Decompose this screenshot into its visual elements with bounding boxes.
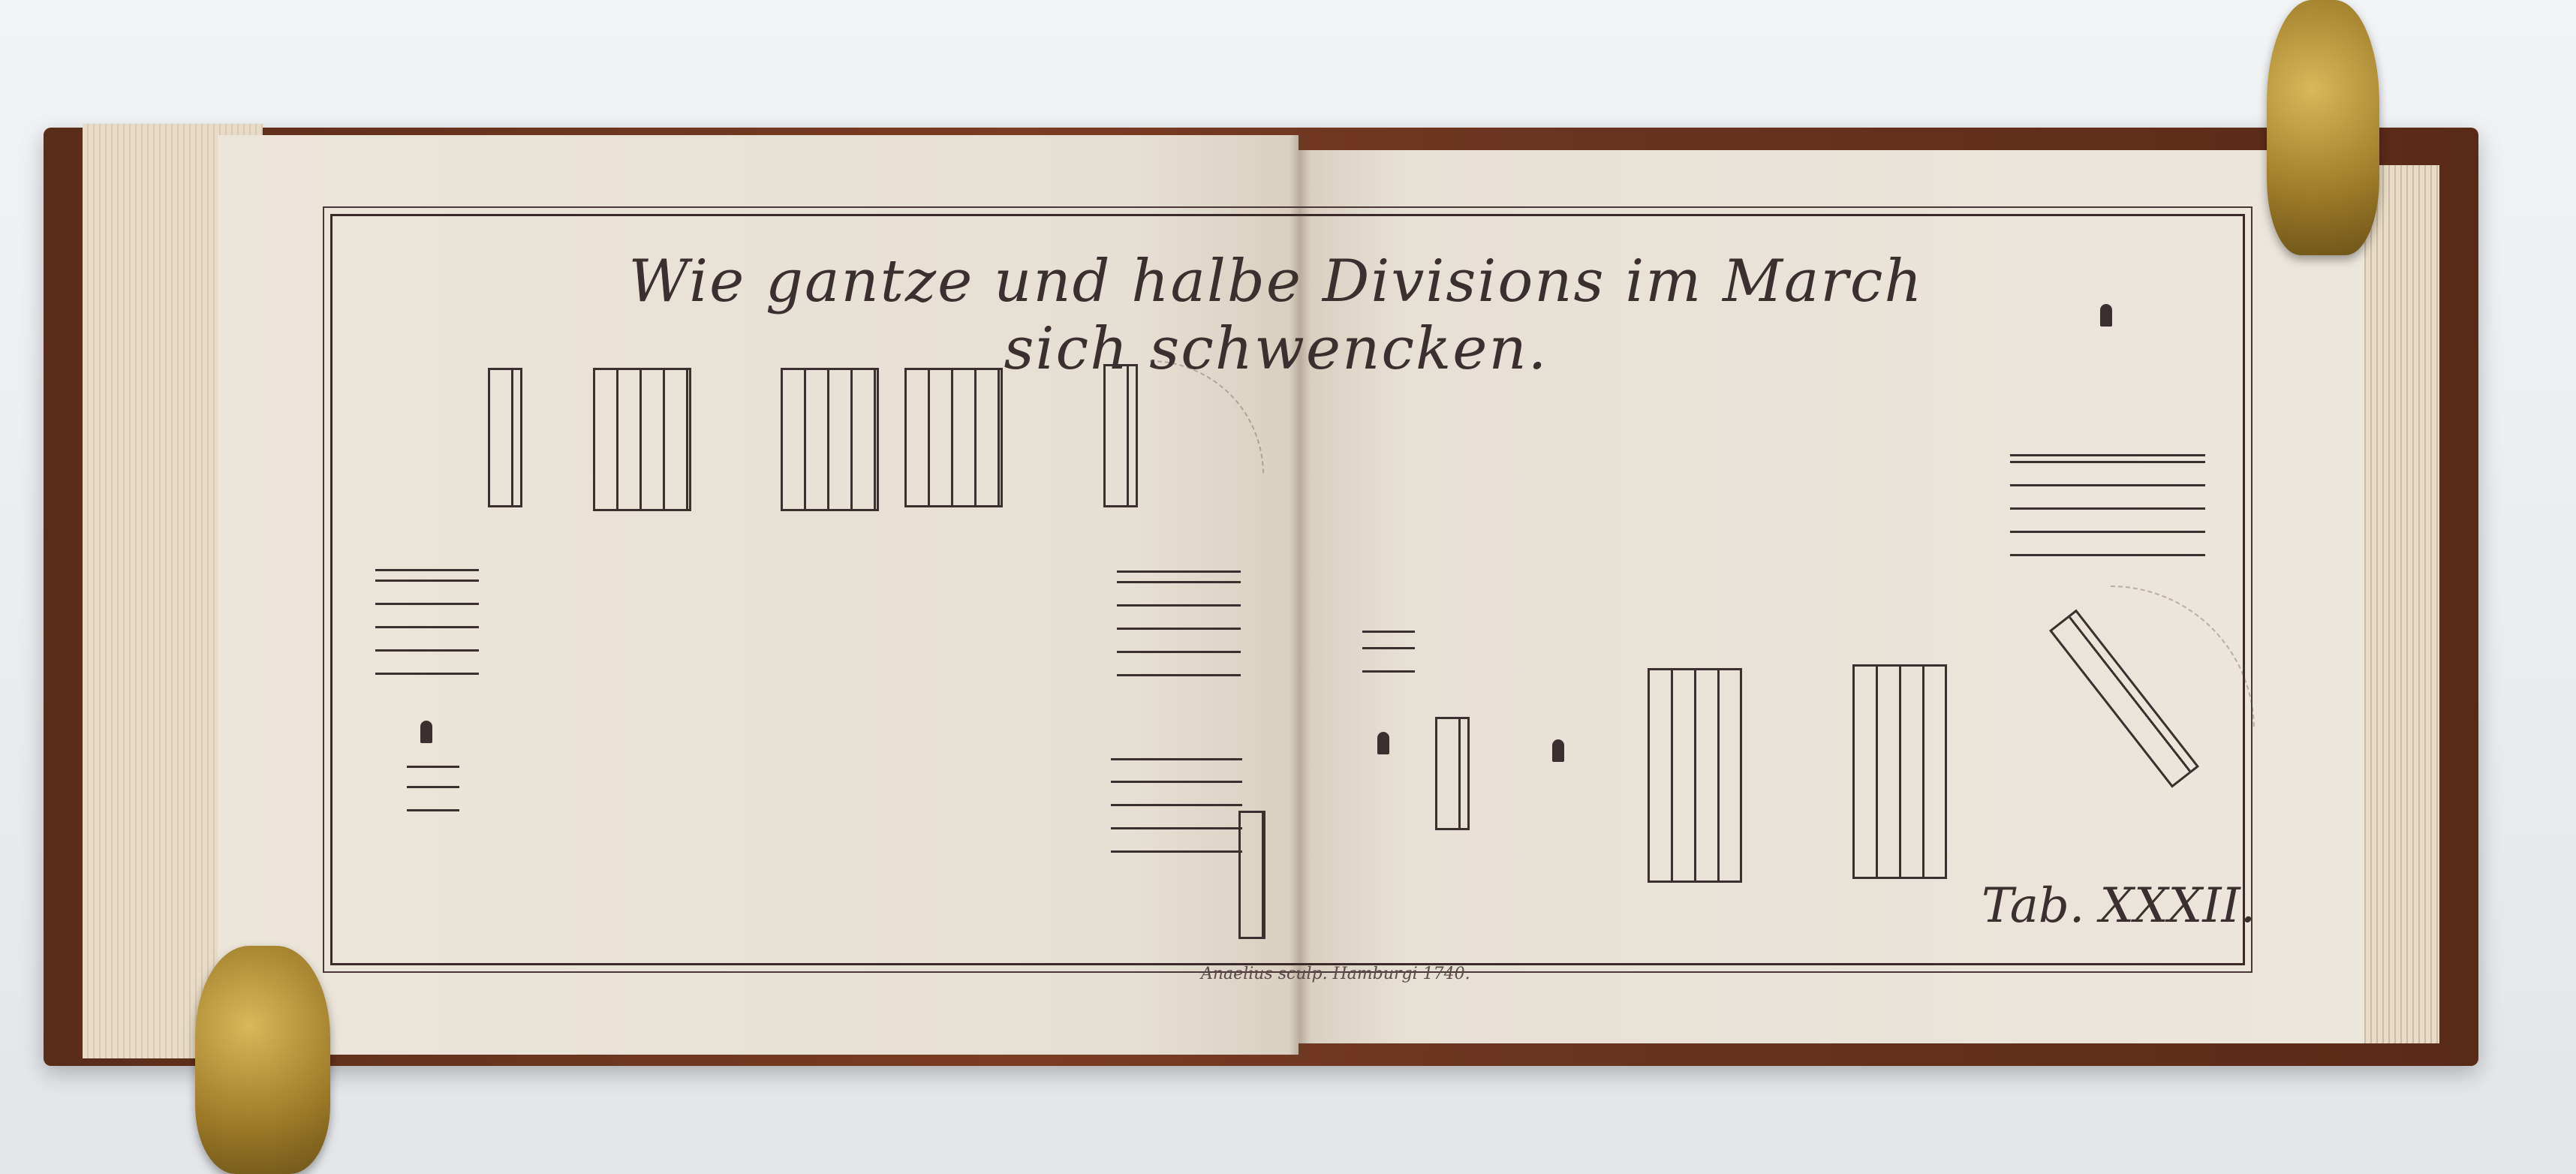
- formation-column: [488, 368, 522, 507]
- formation-block: [1648, 668, 1742, 883]
- formation-block: [1852, 664, 1947, 879]
- formation-rows: [1117, 570, 1241, 676]
- formation-rows: [1111, 758, 1242, 853]
- formation-column: [1238, 811, 1265, 939]
- plate-title: Wie gantze und halbe Divisions im March …: [570, 248, 1982, 383]
- brass-hand-clamp-top: [2267, 0, 2379, 255]
- formation-column: [1435, 717, 1470, 830]
- formation-rows: [375, 569, 479, 675]
- formation-rows: [2010, 454, 2205, 556]
- officer-figure: [1377, 732, 1389, 754]
- formation-rows: [1362, 631, 1415, 673]
- engraver-signature: Anaelius sculp. Hamburgi 1740.: [1201, 965, 1470, 983]
- officer-figure: [1552, 739, 1564, 762]
- formation-rows: [407, 766, 459, 811]
- brass-hand-clamp-bottom: [195, 946, 330, 1174]
- officer-figure: [2100, 304, 2112, 327]
- formation-block: [781, 368, 879, 511]
- plate-number: Tab. XXXII.: [1982, 878, 2256, 934]
- formation-column: [1103, 364, 1138, 507]
- formation-block: [593, 368, 691, 511]
- formation-block: [904, 368, 1003, 507]
- officer-figure: [420, 721, 432, 743]
